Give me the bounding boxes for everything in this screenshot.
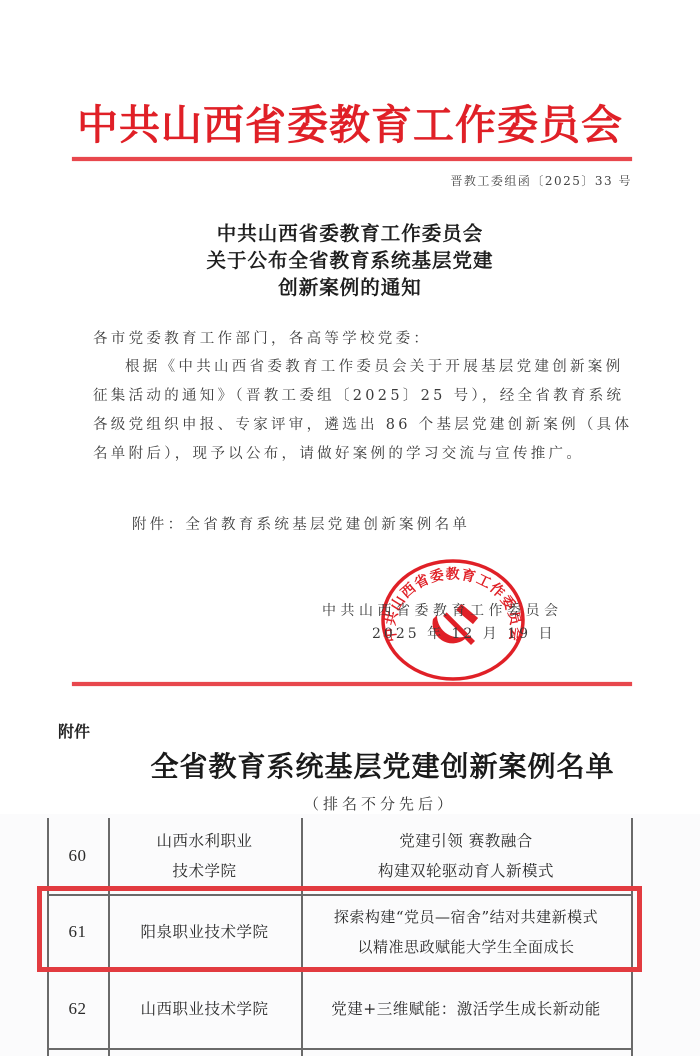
attachment-subtitle: （排名不分先后） bbox=[0, 793, 700, 814]
school-name: 山西职业技术学院 bbox=[108, 969, 301, 1048]
table-hline bbox=[47, 1048, 633, 1050]
table-row: 60 山西水利职业 技术学院 党建引领 赛教融合 构建双轮驱动育人新模式 bbox=[47, 818, 633, 894]
school-name: 山西水利职业 技术学院 bbox=[108, 818, 301, 894]
school-name-line: 山西职业技术学院 bbox=[140, 994, 268, 1024]
official-seal-icon: 中共山西省委教育工作委员会 bbox=[378, 557, 528, 683]
highlight-annotation-box bbox=[37, 886, 642, 972]
heading-line-2: 关于公布全省教育系统基层党建 bbox=[0, 247, 700, 274]
attachment-label: 附件 bbox=[58, 719, 90, 742]
notice-heading: 中共山西省委教育工作委员会 关于公布全省教育系统基层党建 创新案例的通知 bbox=[0, 220, 700, 301]
case-title: 党建引领 赛教融合 构建双轮驱动育人新模式 bbox=[301, 818, 631, 894]
school-name-line: 技术学院 bbox=[172, 856, 236, 886]
heading-line-3: 创新案例的通知 bbox=[0, 274, 700, 301]
heading-line-1: 中共山西省委教育工作委员会 bbox=[0, 220, 700, 247]
case-title-line: 党建引领 赛教融合 bbox=[399, 826, 532, 856]
document-number: 晋教工委组函〔2025〕33 号 bbox=[380, 172, 632, 189]
salutation: 各市党委教育工作部门，各高等学校党委： bbox=[93, 325, 431, 354]
attachment-reference: 附件：全省教育系统基层党建创新案例名单 bbox=[132, 511, 470, 540]
row-number: 62 bbox=[47, 969, 108, 1048]
attachment-title: 全省教育系统基层党建创新案例名单 bbox=[0, 745, 700, 785]
case-title-line: 党建+三维赋能：激活学生成长新动能 bbox=[331, 994, 601, 1024]
case-title-line: 构建双轮驱动育人新模式 bbox=[378, 856, 554, 886]
footer-red-rule bbox=[72, 682, 632, 686]
letterhead-red-rule bbox=[72, 157, 632, 161]
row-number: 60 bbox=[47, 818, 108, 894]
signature-date: 2025 年 12 月 19 日 bbox=[372, 623, 556, 643]
table-row: 62 山西职业技术学院 党建+三维赋能：激活学生成长新动能 bbox=[47, 969, 633, 1048]
signature-org: 中共山西省委教育工作委员会 bbox=[322, 600, 563, 620]
school-name-line: 山西水利职业 bbox=[156, 826, 252, 856]
body-paragraph: 根据《中共山西省委教育工作委员会关于开展基层党建创新案例征集活动的通知》（晋教工… bbox=[93, 353, 633, 469]
letterhead-org-title: 中共山西省委教育工作委员会 bbox=[0, 100, 700, 150]
case-title: 党建+三维赋能：激活学生成长新动能 bbox=[301, 969, 631, 1048]
